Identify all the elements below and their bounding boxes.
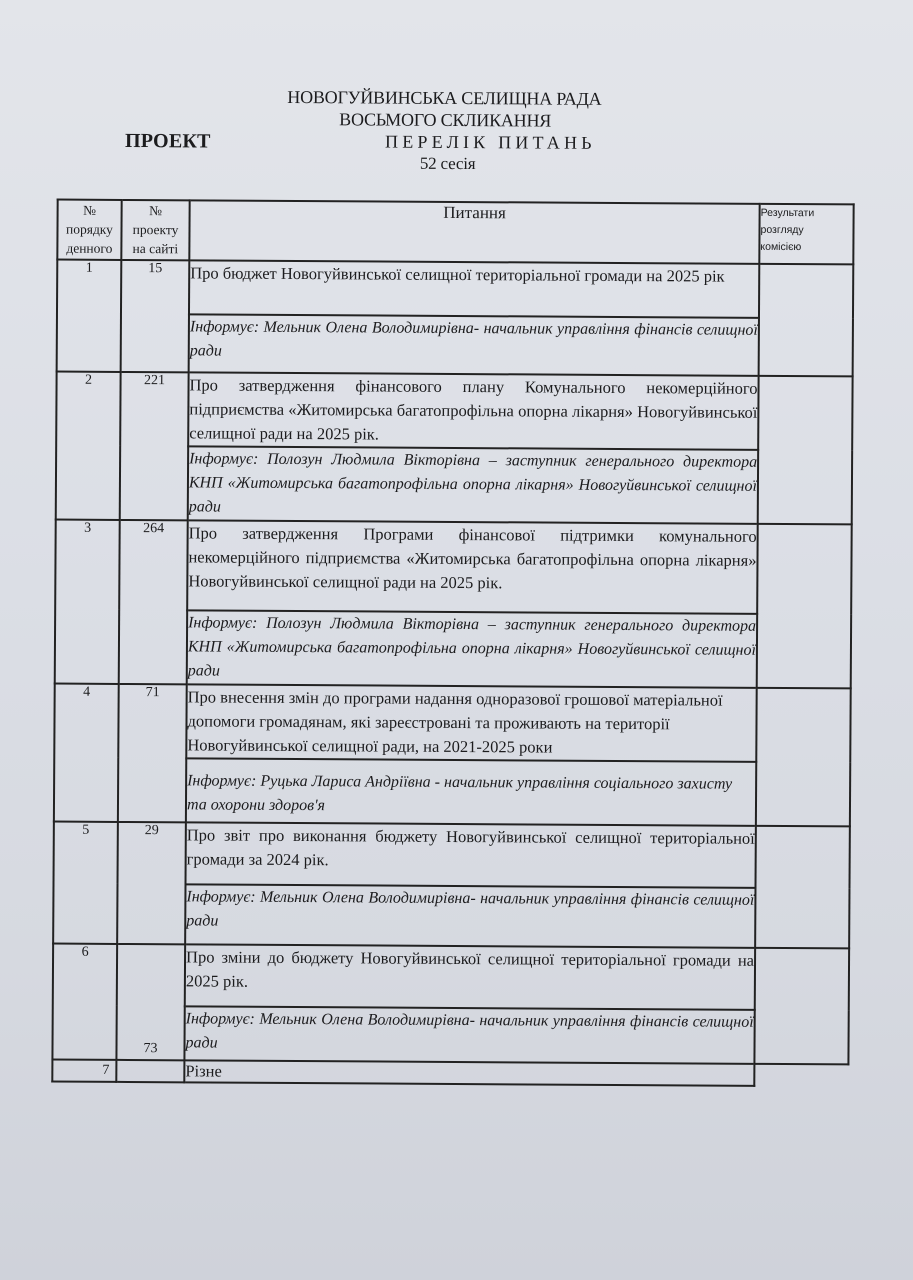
agenda-topic: Про внесення змін до програми надання од… bbox=[186, 684, 756, 761]
project-number: 71 bbox=[118, 684, 187, 822]
column-header-results: Результати розгляду комісією bbox=[759, 204, 853, 265]
table-row: 3 264 Про затвердження Програми фінансов… bbox=[55, 520, 852, 615]
order-number: 2 bbox=[56, 372, 121, 520]
organization-name: НОВОГУЙВИНСЬКА СЕЛИЩНА РАДА bbox=[287, 87, 601, 110]
table-row: 6 73 Про зміни до бюджету Новогуйвинсько… bbox=[53, 944, 849, 1011]
agenda-table: № порядку денного № проекту на сайті Пит… bbox=[51, 199, 854, 1088]
project-number: 29 bbox=[117, 822, 186, 944]
agenda-informs: Інформує: Мельник Олена Володимирівна- н… bbox=[189, 314, 759, 376]
agenda-informs: Інформує: Мельник Олена Володимирівна- н… bbox=[185, 884, 755, 947]
result-cell bbox=[754, 1064, 848, 1087]
result-cell bbox=[758, 376, 853, 525]
document-header: НОВОГУЙВИНСЬКА СЕЛИЩНА РАДА ВОСЬМОГО СКЛ… bbox=[3, 85, 913, 91]
session-number: 52 сесія bbox=[420, 154, 476, 174]
table-row: 4 71 Про внесення змін до програми надан… bbox=[54, 684, 850, 763]
result-cell bbox=[759, 264, 854, 377]
order-number: 3 bbox=[55, 520, 120, 684]
agenda-informs: Інформує: Руцька Лариса Андріївна - нача… bbox=[186, 758, 756, 825]
project-number: 264 bbox=[119, 520, 188, 684]
column-header-order-no: № порядку денного bbox=[57, 200, 121, 260]
order-number: 4 bbox=[54, 684, 119, 822]
agenda-topic: Про затвердження фінансового плану Комун… bbox=[188, 372, 758, 449]
project-number: 221 bbox=[120, 372, 189, 520]
document-title: ПЕРЕЛІК ПИТАНЬ bbox=[385, 132, 596, 154]
table-row: 7 Різне bbox=[52, 1060, 848, 1087]
result-cell bbox=[755, 826, 850, 949]
table-row: 2 221 Про затвердження фінансового плану… bbox=[56, 372, 852, 451]
result-cell bbox=[757, 524, 852, 689]
order-number: 1 bbox=[57, 260, 122, 372]
column-header-project-no: № проекту на сайті bbox=[121, 200, 189, 260]
project-number bbox=[116, 1060, 184, 1082]
project-number: 73 bbox=[116, 944, 185, 1060]
document-page: НОВОГУЙВИНСЬКА СЕЛИЩНА РАДА ВОСЬМОГО СКЛ… bbox=[0, 0, 913, 1280]
table-row: 1 15 Про бюджет Новогуйвинської селищної… bbox=[57, 260, 853, 319]
agenda-informs: Інформує: Полозун Людмила Вікторівна – з… bbox=[188, 446, 758, 523]
draft-label: ПРОЕКТ bbox=[125, 130, 211, 154]
order-number: 6 bbox=[52, 944, 117, 1060]
result-cell bbox=[756, 688, 851, 827]
agenda-topic: Про зміни до бюджету Новогуйвинської сел… bbox=[185, 944, 755, 1009]
agenda-topic: Про бюджет Новогуйвинської селищної тери… bbox=[189, 260, 759, 317]
order-number: 5 bbox=[53, 822, 118, 944]
agenda-informs: Інформує: Полозун Людмила Вікторівна – з… bbox=[187, 610, 757, 687]
convocation: ВОСЬМОГО СКЛИКАННЯ bbox=[339, 109, 551, 131]
agenda-topic: Різне bbox=[184, 1060, 754, 1085]
table-header-row: № порядку денного № проекту на сайті Пит… bbox=[57, 200, 853, 265]
project-number: 15 bbox=[121, 260, 190, 372]
agenda-informs: Інформує: Мельник Олена Володимирівна- н… bbox=[184, 1006, 754, 1063]
agenda-topic: Про звіт про виконання бюджету Новогуйви… bbox=[186, 822, 756, 887]
order-number: 7 bbox=[52, 1060, 116, 1082]
agenda-topic: Про затвердження Програми фінансової під… bbox=[187, 520, 758, 613]
column-header-topic: Питання bbox=[189, 200, 759, 263]
result-cell bbox=[754, 948, 849, 1065]
table-row: 5 29 Про звіт про виконання бюджету Ново… bbox=[54, 822, 850, 889]
